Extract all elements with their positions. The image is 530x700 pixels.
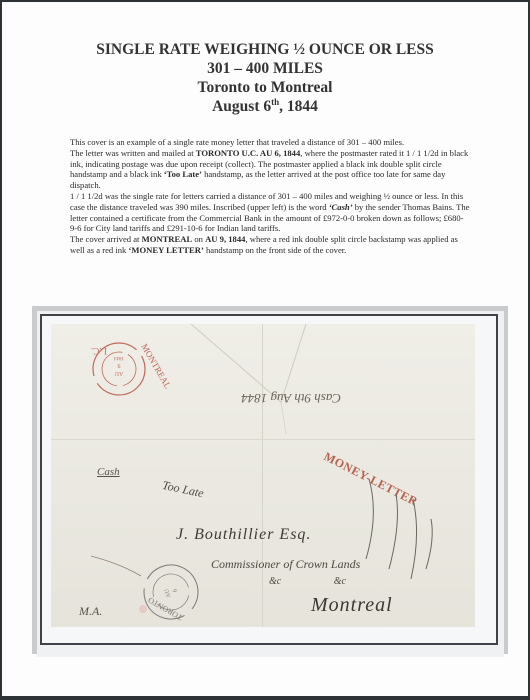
cover-photo-frame: AU 9 1844 MONTREAL L.C. Cash 9th Aug 184… — [40, 314, 498, 645]
toronto-postmark-ref: TORONTO U.C. AU 6, 1844 — [196, 148, 301, 158]
text: on — [192, 234, 205, 244]
date-suffix: th — [271, 97, 279, 107]
svg-text:MONEY-LETTER: MONEY-LETTER — [322, 449, 421, 508]
handwriting-line-2: Commissioner of Crown Lands — [211, 557, 360, 572]
title-line-distance: 301 – 400 MILES — [2, 59, 528, 78]
handwriting-line-3: &c &c — [269, 576, 346, 587]
svg-text:6: 6 — [172, 588, 179, 593]
description-text: This cover is an example of a single rat… — [70, 137, 470, 256]
money-letter-ref: ‘MONEY LETTER’ — [128, 245, 203, 255]
svg-text:9: 9 — [118, 362, 121, 368]
arrival-date-ref: AU 9, 1844 — [205, 234, 245, 244]
svg-text:1844: 1844 — [114, 355, 125, 360]
cash-ref: ‘Cash’ — [329, 202, 353, 212]
desc-paragraph-1: This cover is an example of a single rat… — [70, 137, 470, 148]
desc-paragraph-3: 1 / 1 1/2d was the single rate for lette… — [70, 191, 470, 234]
text: The cover arrived at — [70, 234, 142, 244]
desc-paragraph-4: The cover arrived at MONTREAL on AU 9, 1… — [70, 234, 470, 256]
title-line-date: August 6th, 1844 — [2, 97, 528, 116]
title-line-route: Toronto to Montreal — [2, 78, 528, 97]
svg-text:AU: AU — [114, 370, 123, 376]
date-main: August 6 — [212, 98, 271, 115]
text: The letter was written and mailed at — [70, 148, 196, 158]
svg-text:AU: AU — [164, 587, 173, 598]
svg-text:Cash 9th Aug 1844: Cash 9th Aug 1844 — [241, 391, 341, 406]
handwriting-city: Montreal — [311, 594, 393, 617]
too-late-ref: ‘Too Late’ — [164, 169, 202, 179]
postal-cover-image: AU 9 1844 MONTREAL L.C. Cash 9th Aug 184… — [51, 324, 475, 627]
handwriting-addressee: J. Bouthillier Esq. — [176, 526, 311, 544]
handwriting-cash: Cash — [97, 466, 120, 478]
title-line-rate: SINGLE RATE WEIGHING ½ OUNCE OR LESS — [2, 40, 528, 59]
handwriting-corner: M.A. — [79, 604, 102, 619]
desc-paragraph-2: The letter was written and mailed at TOR… — [70, 148, 470, 191]
date-year: , 1844 — [279, 98, 318, 115]
text: handstamp on the front side of the cover… — [204, 245, 346, 255]
svg-text:L.C.: L.C. — [91, 346, 107, 356]
montreal-ref: MONTREAL — [142, 234, 193, 244]
page-title: SINGLE RATE WEIGHING ½ OUNCE OR LESS 301… — [2, 40, 528, 116]
